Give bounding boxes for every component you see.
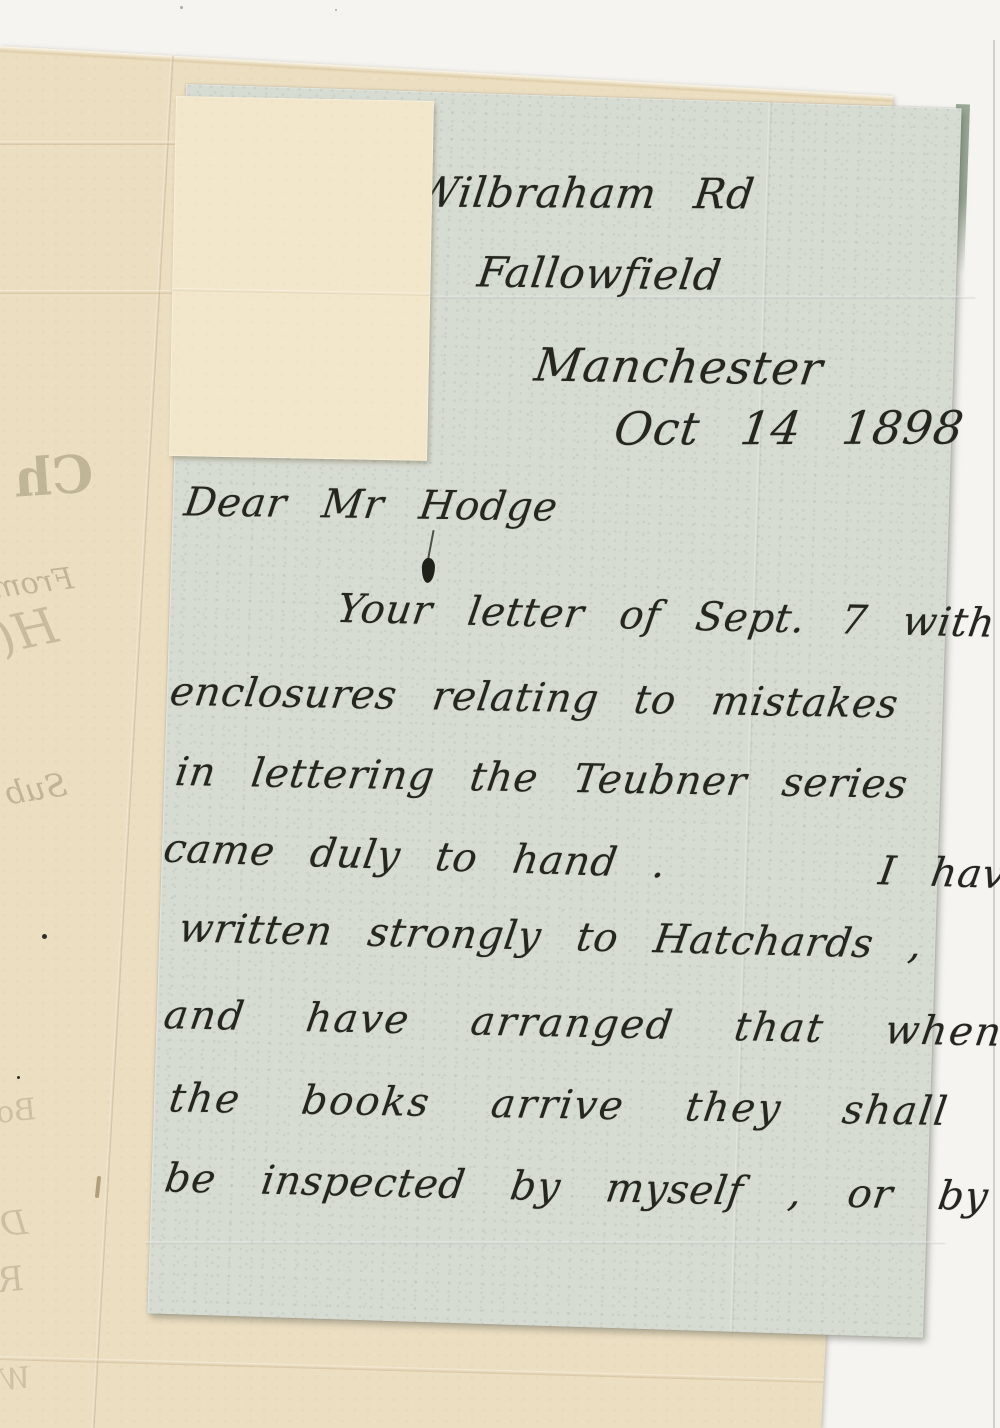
body-line-4: came duly to hand . I have	[160, 826, 1000, 899]
body-line-2: enclosures relating to mistakes	[167, 669, 901, 728]
body-line-8: be inspected by myself , or by	[162, 1156, 992, 1220]
body-line-5: written strongly to Hatchards ,	[176, 906, 926, 969]
horizontal-fold-crease	[0, 1356, 830, 1383]
body-line-7: the books arrive they shall	[166, 1076, 952, 1135]
ink-blot	[421, 558, 435, 583]
body-line-6: and have arranged that when	[161, 992, 1000, 1055]
bleedthrough-text: Ch	[12, 443, 95, 509]
body-line-1: Your letter of Sept. 7 with	[334, 586, 998, 647]
address-line-1: Wilbraham Rd	[412, 168, 758, 219]
address-line-3: Manchester	[531, 338, 826, 396]
letter-horizontal-crease	[146, 1241, 946, 1244]
ink-speck	[17, 1076, 20, 1079]
bleedthrough-text: D	[0, 1203, 29, 1246]
ink-speck	[42, 934, 47, 939]
patch-fold-crease	[172, 288, 430, 296]
bleedthrough-text: H(	[0, 596, 62, 666]
address-line-2: Fallowfield	[475, 247, 725, 299]
bleedthrough-text: R	[0, 1259, 26, 1301]
horizontal-fold-crease	[0, 290, 200, 294]
bleedthrough-text: Sub	[1, 765, 69, 812]
salutation-line: Dear Mr Hodge	[181, 480, 561, 531]
paper-patch	[169, 96, 434, 461]
horizontal-fold-crease	[0, 141, 196, 145]
scanned-letter-page: Ch From H( Sub Bo D R W Wilbraham Rd Fal…	[0, 0, 1000, 1428]
bleedthrough-text: W	[0, 1360, 33, 1398]
body-line-3: in lettering the Teubner series	[173, 749, 911, 808]
paper-tear	[95, 1176, 101, 1198]
bleedthrough-text: Bo	[0, 1092, 38, 1131]
date-line: Oct 14 1898	[611, 401, 968, 456]
